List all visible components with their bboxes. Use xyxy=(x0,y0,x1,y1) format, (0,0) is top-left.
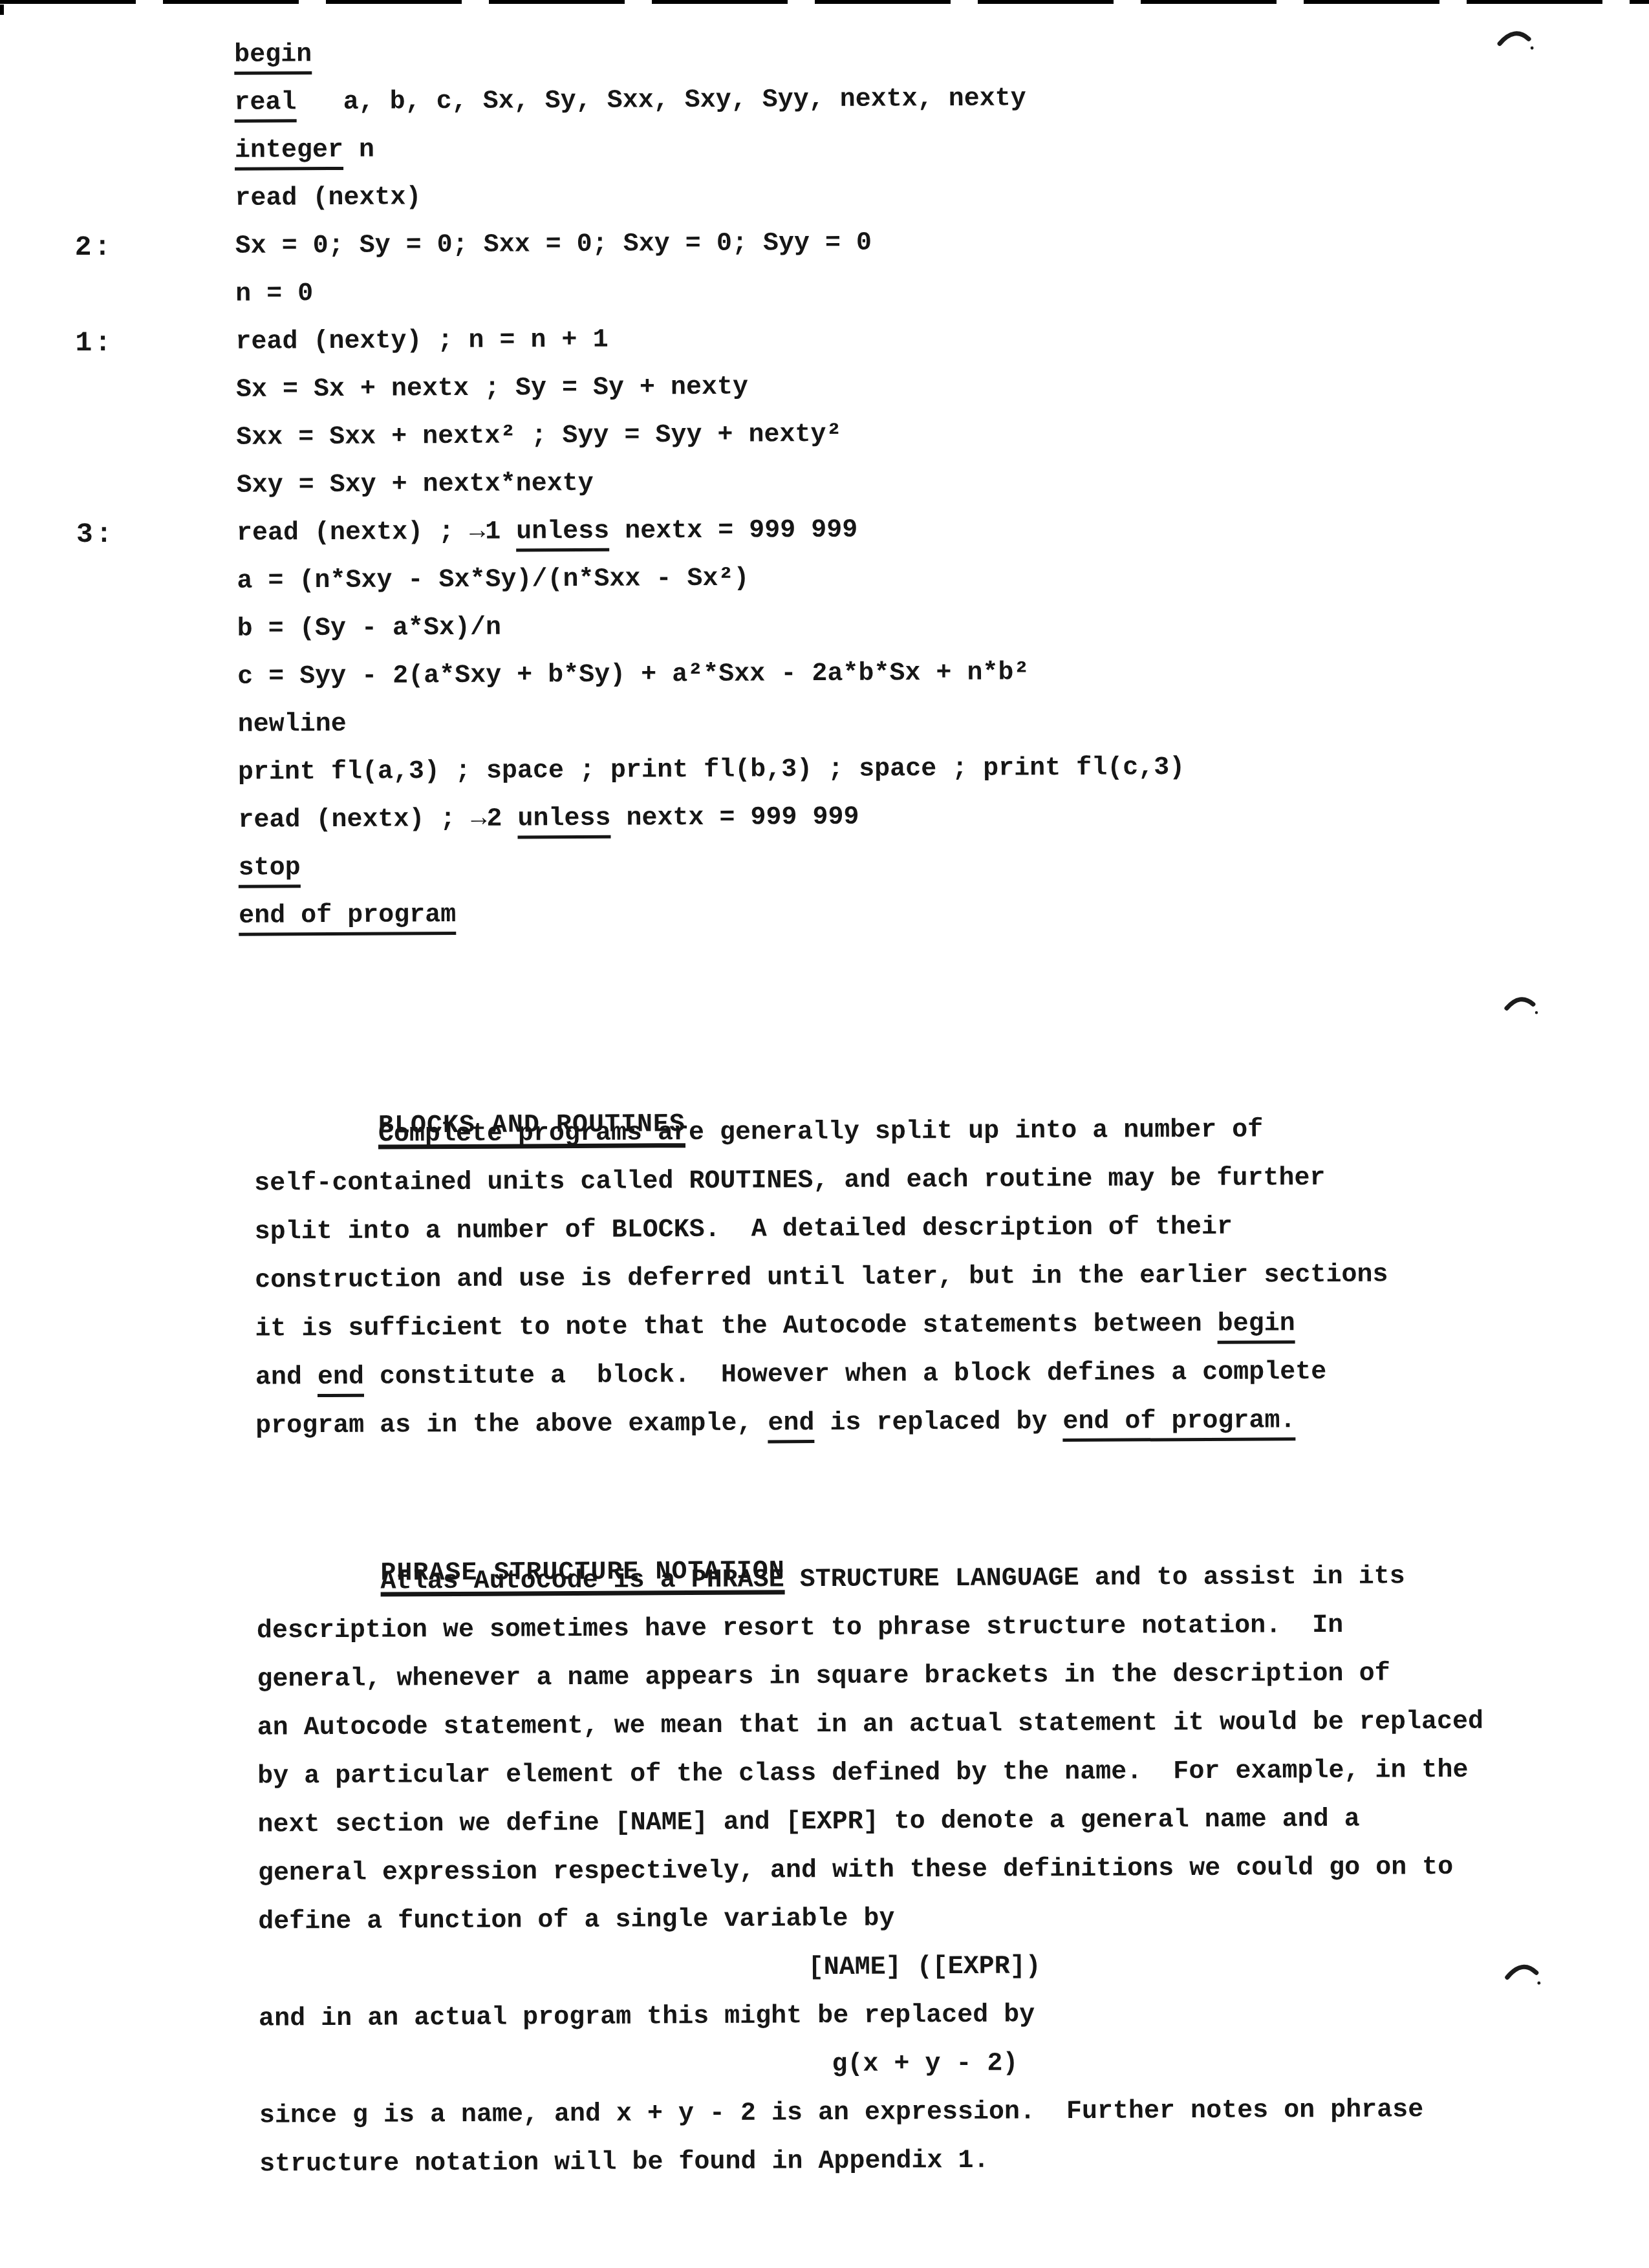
code-line: real a, b, c, Sx, Sy, Sxx, Sxy, Syy, nex… xyxy=(234,74,1181,127)
code-text: read (nextx) ; →1 xyxy=(237,517,516,548)
emphasized-term: end xyxy=(318,1363,364,1397)
paragraph-text: it is sufficient to note that the Autoco… xyxy=(255,1310,1217,1344)
code-text: newline xyxy=(237,710,346,740)
code-line: b = (Sy - a*Sx)/n xyxy=(237,601,1185,654)
document-page: beginreal a, b, c, Sx, Sy, Sxx, Sxy, Syy… xyxy=(0,0,1649,2268)
code-line: read (nextx) xyxy=(235,170,1182,223)
paragraph-text: [NAME] ([EXPR]) xyxy=(808,1952,1041,1982)
paragraph-line: construction and use is deferred until l… xyxy=(255,1250,1587,1305)
paragraph-text: general, whenever a name appears in squa… xyxy=(257,1659,1390,1694)
paragraph-text: an Autocode statement, we mean that in a… xyxy=(257,1707,1484,1743)
paragraph-line: since g is a name, and x + y - 2 is an e… xyxy=(259,2085,1591,2141)
code-text: read (nexty) ; n = n + 1 xyxy=(235,326,608,357)
emphasized-term: end xyxy=(768,1409,814,1443)
code-text: read (nextx) ; →2 xyxy=(238,804,517,835)
paragraph-text: self-contained units called ROUTINES, an… xyxy=(254,1164,1325,1199)
paragraph-text: define a function of a single variable b… xyxy=(258,1904,894,1936)
code-text: read (nextx) xyxy=(235,183,421,213)
code-keyword: unless xyxy=(517,804,610,839)
paragraph-line: define a function of a single variable b… xyxy=(258,1891,1590,1947)
statement-label: 3: xyxy=(76,511,115,559)
paragraph-text: description we sometimes have resort to … xyxy=(257,1611,1343,1646)
code-line: print fl(a,3) ; space ; print fl(b,3) ; … xyxy=(238,744,1185,797)
statement-label: 2: xyxy=(75,224,114,272)
paragraph-line: general, whenever a name appears in squa… xyxy=(257,1649,1589,1704)
paragraph-text: since g is a name, and x + y - 2 is an e… xyxy=(259,2095,1424,2130)
paragraph-text: program as in the above example, xyxy=(255,1409,768,1440)
code-text: a, b, c, Sx, Sy, Sxx, Sxy, Syy, nextx, n… xyxy=(296,84,1026,117)
page-curl-mark-icon xyxy=(1496,22,1536,55)
code-keyword: real xyxy=(234,88,296,123)
paragraph-line: by a particular element of the class def… xyxy=(257,1746,1590,1801)
code-keyword: end of program xyxy=(239,901,456,936)
program-listing: beginreal a, b, c, Sx, Sy, Sxx, Sxy, Syy… xyxy=(234,27,1186,941)
paragraph-line: self-contained units called ROUTINES, an… xyxy=(254,1153,1586,1208)
emphasized-term: begin xyxy=(1218,1309,1295,1344)
paragraph-text: and xyxy=(255,1363,318,1393)
code-keyword: integer xyxy=(235,136,343,171)
statement-label: 1: xyxy=(75,319,114,367)
page-curl-mark-icon xyxy=(1504,1955,1544,1991)
code-keyword: unless xyxy=(516,517,609,552)
code-line: c = Syy - 2(a*Sxy + b*Sy) + a²*Sxx - 2a*… xyxy=(237,648,1185,701)
code-line: newline xyxy=(237,696,1185,749)
paragraph-line: [NAME] ([EXPR]) xyxy=(258,1940,1590,1995)
section-body: Atlas Autocode is a PHRASE STRUCTURE LAN… xyxy=(256,1552,1591,2189)
paragraph-line: and in an actual program this might be r… xyxy=(259,1988,1591,2044)
code-line: Sx = Sx + nextx ; Sy = Sy + nexty xyxy=(236,361,1183,414)
page-content: beginreal a, b, c, Sx, Sy, Sxx, Sxy, Syy… xyxy=(0,0,1649,2268)
paragraph-text: constitute a block. However when a block… xyxy=(364,1358,1326,1392)
code-line: 1:read (nexty) ; n = n + 1 xyxy=(235,314,1183,367)
paragraph-line: it is sufficient to note that the Autoco… xyxy=(255,1298,1587,1354)
paragraph-text: g(x + y - 2) xyxy=(832,2049,1018,2079)
emphasized-term: end of program. xyxy=(1062,1406,1295,1442)
paragraph-line: next section we define [NAME] and [EXPR]… xyxy=(257,1794,1590,1850)
code-text: a = (n*Sxy - Sx*Sy)/(n*Sxx - Sx²) xyxy=(237,564,749,596)
code-line: integer n xyxy=(235,122,1182,175)
section-phrase-structure-notation: PHRASE STRUCTURE NOTATION Atlas Autocode… xyxy=(256,1496,1592,2189)
paragraph-text: Complete programs are generally split up… xyxy=(254,1115,1263,1150)
code-text: n = 0 xyxy=(235,279,313,309)
section-blocks-and-routines: BLOCKS AND ROUTINES Complete programs ar… xyxy=(253,1049,1588,1451)
code-text: Sx = 0; Sy = 0; Sxx = 0; Sxy = 0; Syy = … xyxy=(235,229,872,261)
code-line: end of program xyxy=(239,888,1186,941)
code-line: begin xyxy=(234,27,1181,80)
paragraph-text: structure notation will be found in Appe… xyxy=(259,2146,989,2179)
code-line: Sxy = Sxy + nextx*nexty xyxy=(236,457,1183,510)
paragraph-line: structure notation will be found in Appe… xyxy=(259,2134,1591,2189)
paragraph-line: program as in the above example, end is … xyxy=(255,1395,1588,1451)
paragraph-line: Atlas Autocode is a PHRASE STRUCTURE LAN… xyxy=(256,1552,1588,1607)
paragraph-line: and end constitute a block. However when… xyxy=(255,1347,1588,1402)
code-line: read (nextx) ; →2 unless nextx = 999 999 xyxy=(238,792,1185,845)
paragraph-text: Atlas Autocode is a PHRASE STRUCTURE LAN… xyxy=(256,1562,1405,1597)
page-curl-mark-icon xyxy=(1504,989,1540,1020)
paragraph-line: description we sometimes have resort to … xyxy=(257,1600,1589,1656)
paragraph-line: general expression respectively, and wit… xyxy=(258,1843,1590,1898)
section-heading: PHRASE STRUCTURE NOTATION xyxy=(256,1496,1588,1559)
code-text: b = (Sy - a*Sx)/n xyxy=(237,614,501,644)
paragraph-text: general expression respectively, and wit… xyxy=(258,1853,1454,1888)
code-text: Sx = Sx + nextx ; Sy = Sy + nexty xyxy=(236,373,748,405)
paragraph-line: g(x + y - 2) xyxy=(259,2037,1591,2092)
code-text: nextx = 999 999 xyxy=(609,516,857,546)
code-line: 2:Sx = 0; Sy = 0; Sxx = 0; Sxy = 0; Syy … xyxy=(235,218,1183,271)
paragraph-text: is replaced by xyxy=(814,1407,1062,1438)
code-text: n xyxy=(343,136,374,165)
code-line: 3:read (nextx) ; →1 unless nextx = 999 9… xyxy=(237,505,1184,558)
paragraph-line: Complete programs are generally split up… xyxy=(254,1104,1586,1160)
code-text: print fl(a,3) ; space ; print fl(b,3) ; … xyxy=(238,753,1185,787)
paragraph-line: split into a number of BLOCKS. A detaile… xyxy=(255,1201,1587,1257)
code-text: c = Syy - 2(a*Sxy + b*Sy) + a²*Sxx - 2a*… xyxy=(237,658,1029,691)
paragraph-text: split into a number of BLOCKS. A detaile… xyxy=(255,1213,1233,1247)
code-text: nextx = 999 999 xyxy=(610,803,859,833)
code-line: stop xyxy=(239,840,1186,893)
section-heading: BLOCKS AND ROUTINES xyxy=(253,1049,1586,1111)
section-body: Complete programs are generally split up… xyxy=(254,1104,1588,1451)
paragraph-text: and in an actual program this might be r… xyxy=(259,2000,1035,2033)
code-keyword: stop xyxy=(239,853,301,888)
code-line: a = (n*Sxy - Sx*Sy)/(n*Sxx - Sx²) xyxy=(237,553,1184,606)
code-line: n = 0 xyxy=(235,266,1183,319)
code-text: Sxx = Sxx + nextx² ; Syy = Syy + nexty² xyxy=(236,420,841,453)
code-text: Sxy = Sxy + nextx*nexty xyxy=(237,469,594,500)
code-keyword: begin xyxy=(234,40,312,75)
paragraph-text: next section we define [NAME] and [EXPR]… xyxy=(257,1805,1359,1840)
paragraph-text: by a particular element of the class def… xyxy=(257,1756,1469,1792)
paragraph-text: construction and use is deferred until l… xyxy=(255,1260,1388,1295)
paragraph-line: an Autocode statement, we mean that in a… xyxy=(257,1697,1590,1753)
code-line: Sxx = Sxx + nextx² ; Syy = Syy + nexty² xyxy=(236,409,1183,462)
